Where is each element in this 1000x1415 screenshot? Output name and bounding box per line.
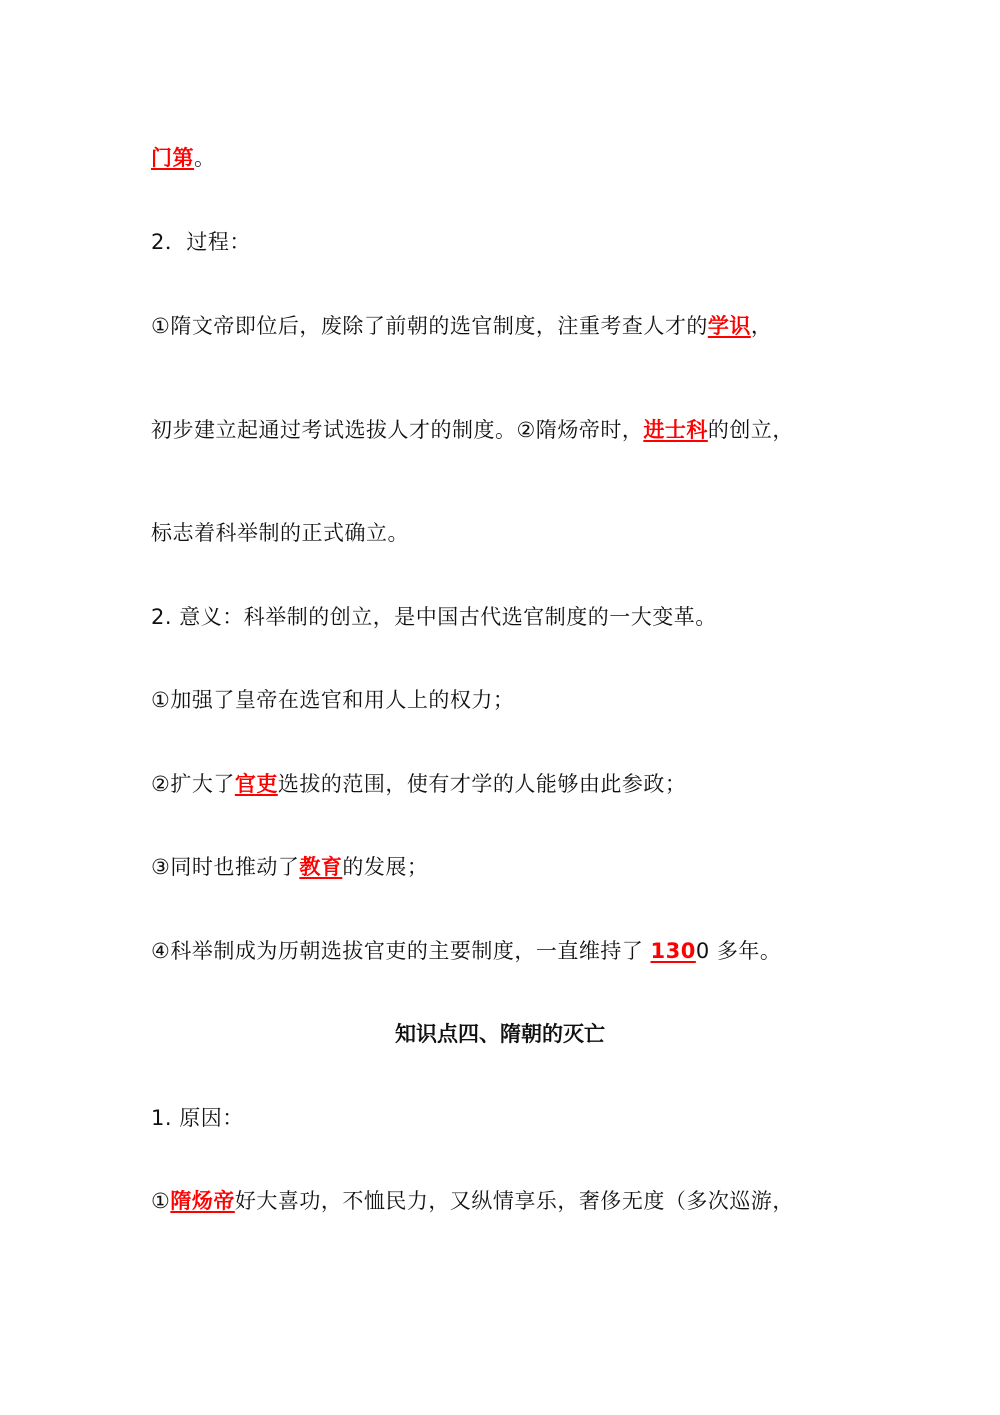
text-line-10: ④科举制成为历朝选拔官吏的主要制度，一直维持了 1300 多年。 — [151, 937, 781, 965]
section-heading: 知识点四、隋朝的灭亡 — [0, 1020, 1000, 1048]
text-segment: ①加强了皇帝在选官和用人上的权力； — [151, 688, 514, 712]
text-line-6: 2. 意义：科举制的创立，是中国古代选官制度的一大变革。 — [151, 603, 717, 631]
highlight-keyword: 门第 — [151, 146, 194, 170]
text-segment: ②扩大了 — [151, 772, 235, 796]
highlight-keyword: 130 — [651, 939, 696, 963]
section-label-process: 2．过程： — [151, 230, 251, 254]
text-line-2: 2．过程： — [151, 228, 251, 256]
highlight-keyword: 官吏 — [235, 772, 278, 796]
text-segment: ， — [751, 314, 773, 338]
text-segment: 选拔的范围，使有才学的人能够由此参政； — [278, 772, 687, 796]
text-segment: 。 — [194, 146, 216, 170]
text-line-13: ①隋炀帝好大喜功，不恤民力，又纵情享乐，奢侈无度（多次巡游， — [151, 1187, 794, 1215]
section-label-causes: 1. 原因： — [151, 1106, 244, 1130]
text-segment: 好大喜功，不恤民力，又纵情享乐，奢侈无度（多次巡游， — [235, 1189, 794, 1213]
text-segment: 的创立， — [708, 418, 794, 442]
text-line-5: 标志着科举制的正式确立。 — [151, 519, 409, 547]
text-line-4: 初步建立起通过考试选拔人才的制度。②隋炀帝时，进士科的创立， — [151, 416, 794, 444]
text-line-8: ②扩大了官吏选拔的范围，使有才学的人能够由此参政； — [151, 770, 686, 798]
text-segment: 的发展； — [342, 855, 428, 879]
text-segment: ④科举制成为历朝选拔官吏的主要制度，一直维持了 — [151, 939, 651, 963]
text-line-9: ③同时也推动了教育的发展； — [151, 853, 428, 881]
highlight-keyword: 进士科 — [643, 418, 708, 442]
highlight-keyword: 学识 — [708, 314, 751, 338]
section-label-significance: 2. 意义：科举制的创立，是中国古代选官制度的一大变革。 — [151, 605, 717, 629]
highlight-keyword: 教育 — [299, 855, 342, 879]
text-segment: ③同时也推动了 — [151, 855, 299, 879]
text-segment: 0 多年。 — [696, 939, 782, 963]
text-segment: 初步建立起通过考试选拔人才的制度。②隋炀帝时， — [151, 418, 643, 442]
text-segment: ① — [151, 1189, 170, 1213]
text-line-1: 门第。 — [151, 144, 216, 172]
highlight-keyword: 隋炀帝 — [170, 1189, 235, 1213]
text-line-3: ①隋文帝即位后，废除了前朝的选官制度，注重考查人才的学识， — [151, 312, 772, 340]
text-segment: 标志着科举制的正式确立。 — [151, 521, 409, 545]
text-line-12: 1. 原因： — [151, 1104, 244, 1132]
text-segment: ①隋文帝即位后，废除了前朝的选官制度，注重考查人才的 — [151, 314, 708, 338]
text-line-7: ①加强了皇帝在选官和用人上的权力； — [151, 686, 514, 714]
